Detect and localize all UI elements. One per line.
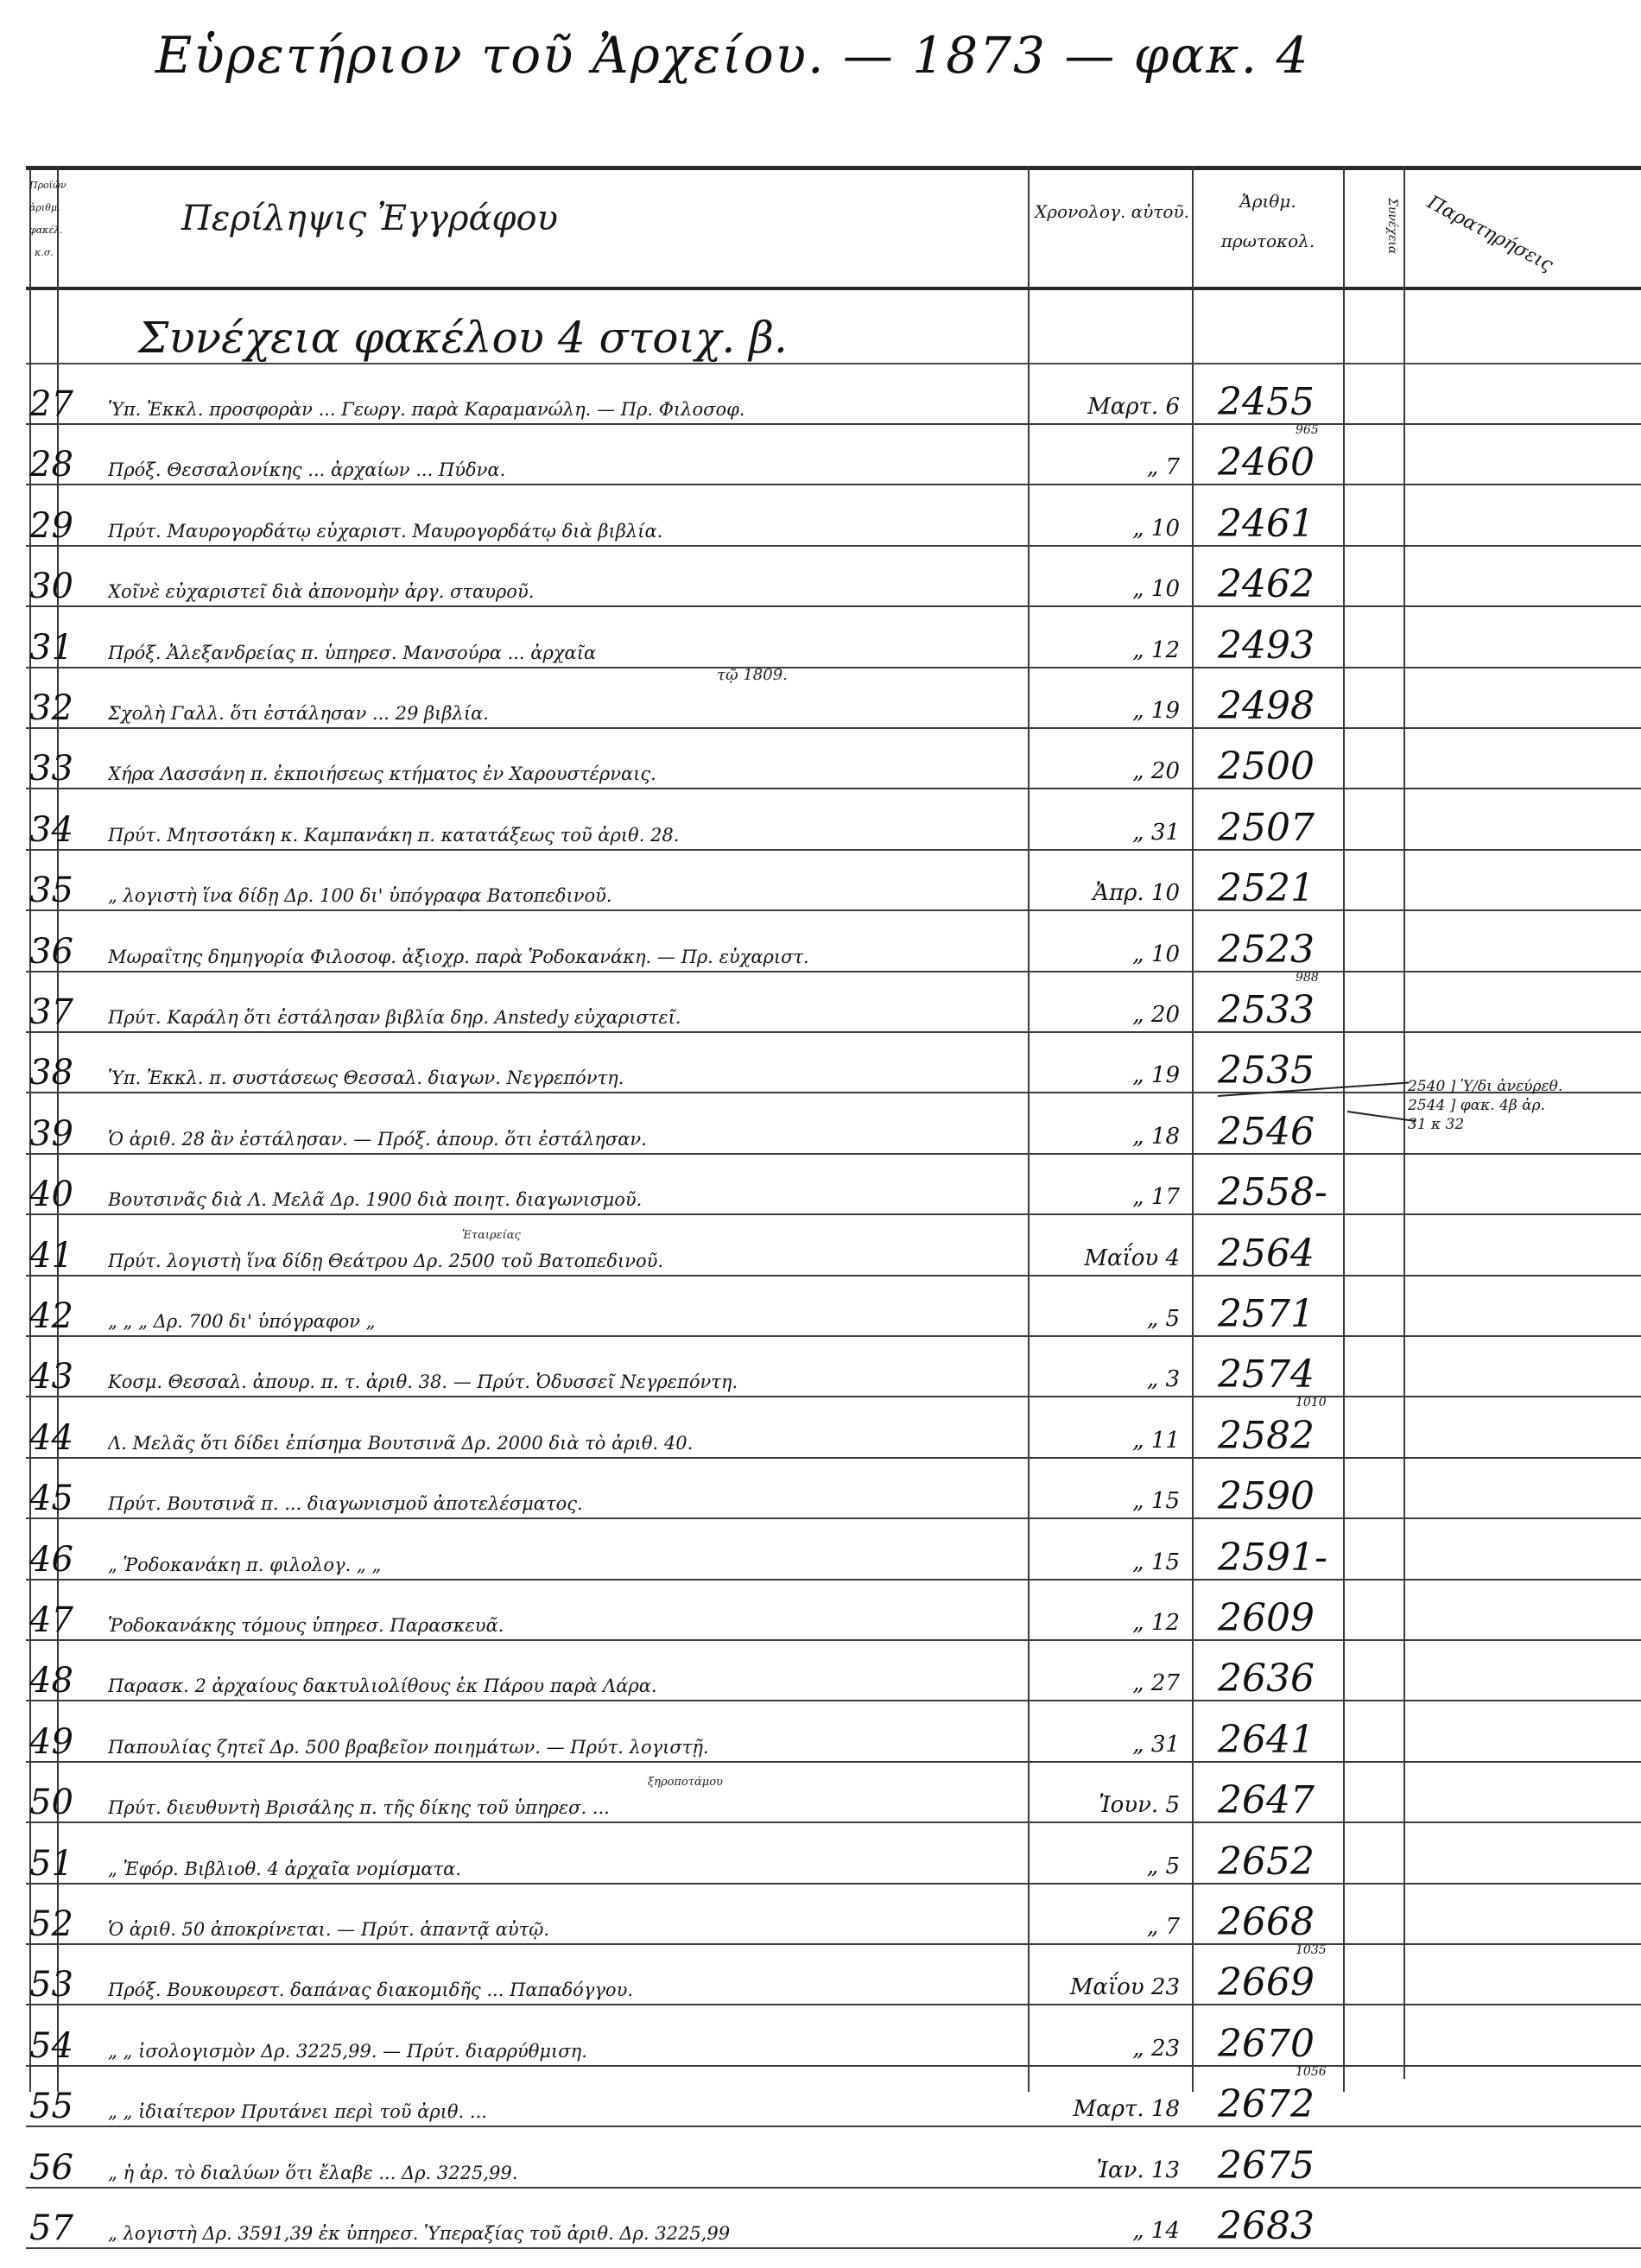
entry-summary: Παπουλίας ζητεῖ Δρ. 500 βραβεῖον ποιημάτ… bbox=[108, 1737, 1023, 1758]
table-row: 44Λ. Μελᾶς ὅτι δίδει ἐπίσημα Βουτσινᾶ Δρ… bbox=[26, 1398, 1641, 1459]
entry-date: „ 7 bbox=[1035, 1914, 1190, 1940]
entry-date: „ 31 bbox=[1035, 820, 1190, 846]
entry-summary: Παρασκ. 2 ἀρχαίους δακτυλιολίθους ἐκ Πάρ… bbox=[108, 1676, 1023, 1696]
protocol-number: 2546 bbox=[1218, 1113, 1343, 1151]
margin-note: 2540 ] Ὑ/δι ἀνεύρεθ. 2544 ] φακ. 4β ἀρ. … bbox=[1408, 1077, 1641, 1134]
entry-summary: Ὑπ. Ἐκκλ. προσφορὰν ... Γεωργ. παρὰ Καρα… bbox=[108, 399, 1023, 420]
entry-number: 51 bbox=[29, 1847, 81, 1881]
entry-number: 35 bbox=[29, 873, 81, 908]
table-row: 35„ λογιστὴ ἵνα δίδῃ Δρ. 100 δι' ὑπόγραφ… bbox=[26, 851, 1641, 911]
entry-summary: Ῥοδοκανάκης τόμους ὑπηρεσ. Παρασκευᾶ. bbox=[108, 1615, 1023, 1636]
top-rule bbox=[26, 166, 1641, 170]
entry-number: 54 bbox=[29, 2029, 81, 2063]
entry-number: 39 bbox=[29, 1117, 81, 1151]
entry-number: 40 bbox=[29, 1177, 81, 1212]
entry-summary: Χήρα Λασσάνη π. ἐκποιήσεως κτήματος ἐν Χ… bbox=[108, 763, 1023, 784]
table-row: 27Ὑπ. Ἐκκλ. προσφορὰν ... Γεωργ. παρὰ Κα… bbox=[26, 364, 1641, 425]
table-row: 50Πρύτ. διευθυντὴ Βρισάλης π. τῆς δίκης … bbox=[26, 1763, 1641, 1823]
entry-number: 44 bbox=[29, 1421, 81, 1455]
entry-date: „ 10 bbox=[1035, 516, 1190, 542]
table-row: 56„ ἡ ἀρ. τὸ διαλύων ὅτι ἔλαβε ... Δρ. 3… bbox=[26, 2128, 1641, 2189]
entry-date: „ 23 bbox=[1035, 2036, 1190, 2062]
table-row: 42„ „ „ Δρ. 700 δι' ὑπόγραφον „„ 52571 bbox=[26, 1277, 1641, 1337]
entry-summary: Πρόξ. Ἀλεξανδρείας π. ὑπηρεσ. Μανσούρα .… bbox=[108, 643, 1023, 663]
entry-summary: Ὁ ἀριθ. 50 ἀποκρίνεται. — Πρύτ. ἀπαντᾷ α… bbox=[108, 1919, 1023, 1940]
table-row: 57„ λογιστὴ Δρ. 3591,39 ἐκ ὑπηρεσ. Ὑπερα… bbox=[26, 2189, 1641, 2249]
entry-number: 49 bbox=[29, 1725, 81, 1759]
table-row: 39Ὁ ἀριθ. 28 ἂν ἐστάλησαν. — Πρόξ. ἀπουρ… bbox=[26, 1094, 1641, 1155]
entry-number: 33 bbox=[29, 751, 81, 786]
entry-number: 32 bbox=[29, 691, 81, 725]
entry-number: 52 bbox=[29, 1907, 81, 1942]
table-row: 33Χήρα Λασσάνη π. ἐκποιήσεως κτήματος ἐν… bbox=[26, 729, 1641, 789]
protocol-number: 2500 bbox=[1218, 748, 1343, 786]
entry-number: 41 bbox=[29, 1239, 81, 1273]
entry-number: 43 bbox=[29, 1359, 81, 1394]
table-row: 28Πρόξ. Θεσσαλονίκης ... ἀρχαίων ... Πύδ… bbox=[26, 425, 1641, 485]
protocol-number: 2571 bbox=[1218, 1296, 1343, 1334]
entry-summary: „ ἡ ἀρ. τὸ διαλύων ὅτι ἔλαβε ... Δρ. 322… bbox=[108, 2163, 1023, 2183]
entry-date: „ 15 bbox=[1035, 1549, 1190, 1575]
entry-date: Μαρτ. 18 bbox=[1035, 2096, 1190, 2122]
protocol-number: 2574 bbox=[1218, 1356, 1343, 1394]
entry-date: „ 19 bbox=[1035, 1062, 1190, 1088]
entry-date: „ 31 bbox=[1035, 1732, 1190, 1758]
entry-summary: „ Ἐφόρ. Βιβλιοθ. 4 ἀρχαῖα νομίσματα. bbox=[108, 1859, 1023, 1879]
protocol-number: 2462 bbox=[1218, 566, 1343, 604]
entry-number: 27 bbox=[29, 387, 81, 421]
entry-summary: Πρύτ. διευθυντὴ Βρισάλης π. τῆς δίκης το… bbox=[108, 1797, 1023, 1818]
protocol-number: 2455 bbox=[1218, 383, 1343, 421]
entry-date: „ 14 bbox=[1035, 2218, 1190, 2244]
column-header-summary: Περίληψις Ἐγγράφου bbox=[181, 199, 558, 238]
column-header-number: Προϊὼν ἀριθμ. φακέλ. κ.σ. bbox=[29, 174, 59, 264]
table-row: 36Μωραΐτης δημηγορία Φιλοσοφ. ἀξιοχρ. πα… bbox=[26, 912, 1641, 972]
entry-date: Ἀπρ. 10 bbox=[1035, 880, 1190, 906]
table-row: 43Κοσμ. Θεσσαλ. ἀπουρ. π. τ. ἀριθ. 38. —… bbox=[26, 1337, 1641, 1397]
entry-date: „ 15 bbox=[1035, 1488, 1190, 1514]
entry-summary: Χοῖνὲ εὐχαριστεῖ διὰ ἀπονομὴν ἀργ. σταυρ… bbox=[108, 581, 1023, 602]
protocol-number: 2590 bbox=[1218, 1478, 1343, 1516]
table-row: 37Πρύτ. Καράλη ὅτι ἐστάλησαν βιβλία δηρ.… bbox=[26, 972, 1641, 1033]
entry-summary: Λ. Μελᾶς ὅτι δίδει ἐπίσημα Βουτσινᾶ Δρ. … bbox=[108, 1433, 1023, 1454]
entry-summary: Πρύτ. λογιστὴ ἵνα δίδῃ Θεάτρου Δρ. 2500 … bbox=[108, 1251, 1023, 1271]
entry-summary: Σχολὴ Γαλλ. ὅτι ἐστάλησαν ... 29 βιβλία. bbox=[108, 703, 1023, 724]
margin-note-line: 2544 ] φακ. 4β ἀρ. bbox=[1408, 1096, 1641, 1115]
entry-summary: Πρύτ. Μαυρογορδάτῳ εὐχαριστ. Μαυρογορδάτ… bbox=[108, 521, 1023, 542]
table-row: 49Παπουλίας ζητεῖ Δρ. 500 βραβεῖον ποιημ… bbox=[26, 1702, 1641, 1763]
margin-note-line: 31 κ 32 bbox=[1408, 1115, 1641, 1134]
table-row: 54„ „ ἰσολογισμὸν Δρ. 3225,99. — Πρύτ. δ… bbox=[26, 2006, 1641, 2067]
entry-summary: Πρόξ. Βουκουρεστ. δαπάνας διακομιδῆς ...… bbox=[108, 1980, 1023, 2000]
entry-number: 57 bbox=[29, 2211, 81, 2246]
protocol-number: 2669 bbox=[1218, 1964, 1343, 2002]
entry-number: 28 bbox=[29, 447, 81, 482]
entry-number: 42 bbox=[29, 1299, 81, 1334]
entry-summary: Πρύτ. Μητσοτάκη κ. Καμπανάκη π. κατατάξε… bbox=[108, 825, 1023, 846]
entry-summary: „ λογιστὴ ἵνα δίδῃ Δρ. 100 δι' ὑπόγραφα … bbox=[108, 885, 1023, 906]
protocol-number: 2558- bbox=[1218, 1174, 1343, 1212]
interlinear-note: Ἑταιρείας bbox=[462, 1229, 521, 1242]
table-row: 45Πρύτ. Βουτσινᾶ π. ... διαγωνισμοῦ ἀποτ… bbox=[26, 1459, 1641, 1519]
entry-number: 56 bbox=[29, 2151, 81, 2185]
entry-number: 31 bbox=[29, 630, 81, 665]
entry-number: 34 bbox=[29, 813, 81, 847]
entry-number: 29 bbox=[29, 509, 81, 543]
entry-date: „ 5 bbox=[1035, 1853, 1190, 1879]
entry-date: Μαΐου 23 bbox=[1035, 1974, 1190, 2000]
protocol-number: 2591- bbox=[1218, 1539, 1343, 1577]
entry-summary: Πρύτ. Βουτσινᾶ π. ... διαγωνισμοῦ ἀποτελ… bbox=[108, 1493, 1023, 1514]
entry-date: „ 20 bbox=[1035, 1002, 1190, 1028]
protocol-number: 2507 bbox=[1218, 809, 1343, 847]
entry-date: Ἰαν. 13 bbox=[1035, 2157, 1190, 2183]
protocol-number: 2672 bbox=[1218, 2086, 1343, 2124]
entry-number: 48 bbox=[29, 1663, 81, 1698]
column-header-continuation: Συνέχεια bbox=[1347, 174, 1399, 278]
protocol-number: 2582 bbox=[1218, 1417, 1343, 1455]
ledger-table: Προϊὼν ἀριθμ. φακέλ. κ.σ. Περίληψις Ἐγγρ… bbox=[26, 166, 1641, 2100]
entry-date: „ 17 bbox=[1035, 1184, 1190, 1210]
entry-number: 46 bbox=[29, 1543, 81, 1577]
table-row: 53Πρόξ. Βουκουρεστ. δαπάνας διακομιδῆς .… bbox=[26, 1945, 1641, 2005]
entry-date: „ 10 bbox=[1035, 576, 1190, 602]
entry-summary: „ λογιστὴ Δρ. 3591,39 ἐκ ὑπηρεσ. Ὑπεραξί… bbox=[108, 2223, 1023, 2244]
table-row: 52Ὁ ἀριθ. 50 ἀποκρίνεται. — Πρύτ. ἀπαντᾷ… bbox=[26, 1885, 1641, 1945]
protocol-number: 2668 bbox=[1218, 1904, 1343, 1942]
protocol-number: 2535 bbox=[1218, 1052, 1343, 1090]
entry-summary: „ Ῥοδοκανάκη π. φιλολογ. „ „ bbox=[108, 1555, 1023, 1575]
table-row: 29Πρύτ. Μαυρογορδάτῳ εὐχαριστ. Μαυρογορδ… bbox=[26, 486, 1641, 547]
entry-date: „ 10 bbox=[1035, 941, 1190, 967]
protocol-number: 2675 bbox=[1218, 2147, 1343, 2185]
table-row: 31Πρόξ. Ἀλεξανδρείας π. ὑπηρεσ. Μανσούρα… bbox=[26, 608, 1641, 668]
entry-summary: Ὑπ. Ἐκκλ. π. συστάσεως Θεσσαλ. διαγων. Ν… bbox=[108, 1067, 1023, 1088]
entry-number: 38 bbox=[29, 1055, 81, 1090]
entry-summary: Μωραΐτης δημηγορία Φιλοσοφ. ἀξιοχρ. παρὰ… bbox=[108, 947, 1023, 967]
entry-date: „ 5 bbox=[1035, 1306, 1190, 1332]
entry-summary: „ „ ἰσολογισμὸν Δρ. 3225,99. — Πρύτ. δια… bbox=[108, 2041, 1023, 2062]
protocol-number: 2683 bbox=[1218, 2208, 1343, 2246]
entry-date: „ 12 bbox=[1035, 637, 1190, 663]
section-heading: Συνέχεια φακέλου 4 στοιχ. β. bbox=[138, 313, 788, 363]
protocol-number: 2670 bbox=[1218, 2025, 1343, 2063]
column-header-date: Χρονολογ. αὐτοῦ. bbox=[1032, 192, 1192, 231]
entry-date: „ 19 bbox=[1035, 698, 1190, 724]
table-row: 32Σχολὴ Γαλλ. ὅτι ἐστάλησαν ... 29 βιβλί… bbox=[26, 668, 1641, 729]
table-row: 47Ῥοδοκανάκης τόμους ὑπηρεσ. Παρασκευᾶ.„… bbox=[26, 1581, 1641, 1641]
protocol-number: 2636 bbox=[1218, 1660, 1343, 1698]
table-row: 55„ „ ἰδιαίτερον Πρυτάνει περὶ τοῦ ἀριθ.… bbox=[26, 2067, 1641, 2127]
entry-date: Μαΐου 4 bbox=[1035, 1245, 1190, 1271]
protocol-number: 2521 bbox=[1218, 870, 1343, 908]
entry-date: „ 20 bbox=[1035, 758, 1190, 784]
entry-number: 50 bbox=[29, 1785, 81, 1820]
entry-date: „ 18 bbox=[1035, 1124, 1190, 1150]
entry-summary: Πρύτ. Καράλη ὅτι ἐστάλησαν βιβλία δηρ. A… bbox=[108, 1007, 1023, 1028]
interlinear-note: ξηροποτάμου bbox=[648, 1776, 723, 1789]
entry-number: 45 bbox=[29, 1481, 81, 1516]
entry-date: „ 11 bbox=[1035, 1428, 1190, 1454]
entry-summary: Βουτσινᾶς διὰ Λ. Μελᾶ Δρ. 1900 διὰ ποιητ… bbox=[108, 1189, 1023, 1210]
protocol-number: 2533 bbox=[1218, 991, 1343, 1029]
entry-number: 36 bbox=[29, 934, 81, 969]
table-row: 41Πρύτ. λογιστὴ ἵνα δίδῃ Θεάτρου Δρ. 250… bbox=[26, 1216, 1641, 1277]
entry-number: 30 bbox=[29, 569, 81, 604]
entry-date: „ 27 bbox=[1035, 1670, 1190, 1696]
protocol-number: 2564 bbox=[1218, 1235, 1343, 1273]
table-row: 46„ Ῥοδοκανάκη π. φιλολογ. „ „„ 152591- bbox=[26, 1520, 1641, 1581]
entry-date: „ 12 bbox=[1035, 1610, 1190, 1636]
header-rule bbox=[26, 287, 1641, 290]
entry-summary: Κοσμ. Θεσσαλ. ἀπουρ. π. τ. ἀριθ. 38. — Π… bbox=[108, 1372, 1023, 1392]
protocol-number: 2647 bbox=[1218, 1782, 1343, 1820]
table-row: 34Πρύτ. Μητσοτάκη κ. Καμπανάκη π. κατατά… bbox=[26, 790, 1641, 851]
entry-number: 37 bbox=[29, 995, 81, 1029]
column-header-remarks: Παρατηρήσεις bbox=[1423, 192, 1556, 276]
protocol-number: 2461 bbox=[1218, 505, 1343, 543]
entry-date: Ἰουν. 5 bbox=[1035, 1792, 1190, 1818]
table-row: 51„ Ἐφόρ. Βιβλιοθ. 4 ἀρχαῖα νομίσματα.„ … bbox=[26, 1824, 1641, 1885]
entry-summary: „ „ „ Δρ. 700 δι' ὑπόγραφον „ bbox=[108, 1311, 1023, 1332]
protocol-number: 2498 bbox=[1218, 687, 1343, 725]
entry-number: 53 bbox=[29, 1967, 81, 2002]
table-row: 48Παρασκ. 2 ἀρχαίους δακτυλιολίθους ἐκ Π… bbox=[26, 1641, 1641, 1701]
entry-summary: Ὁ ἀριθ. 28 ἂν ἐστάλησαν. — Πρόξ. ἀπουρ. … bbox=[108, 1129, 1023, 1150]
margin-note-line: 2540 ] Ὑ/δι ἀνεύρεθ. bbox=[1408, 1077, 1641, 1096]
protocol-number: 2609 bbox=[1218, 1600, 1343, 1638]
entry-number: 55 bbox=[29, 2089, 81, 2124]
protocol-number: 2652 bbox=[1218, 1843, 1343, 1881]
column-header-protocol: Ἀριθμ. πρωτοκολ. bbox=[1194, 181, 1342, 261]
page-title: Εὑρετήριον τοῦ Ἀρχείου. — 1873 — φακ. 4 bbox=[155, 26, 1309, 85]
table-row: 30Χοῖνὲ εὐχαριστεῖ διὰ ἀπονομὴν ἀργ. στα… bbox=[26, 547, 1641, 607]
protocol-number: 2641 bbox=[1218, 1721, 1343, 1759]
entry-date: „ 3 bbox=[1035, 1366, 1190, 1392]
entry-date: Μαρτ. 6 bbox=[1035, 394, 1190, 420]
table-row: 40Βουτσινᾶς διὰ Λ. Μελᾶ Δρ. 1900 διὰ ποι… bbox=[26, 1155, 1641, 1215]
protocol-number: 2523 bbox=[1218, 931, 1343, 969]
protocol-number: 2460 bbox=[1218, 444, 1343, 482]
table-row: 38Ὑπ. Ἐκκλ. π. συστάσεως Θεσσαλ. διαγων.… bbox=[26, 1033, 1641, 1093]
entry-date: „ 7 bbox=[1035, 454, 1190, 480]
entry-summary: Πρόξ. Θεσσαλονίκης ... ἀρχαίων ... Πύδνα… bbox=[108, 459, 1023, 480]
row-rule bbox=[26, 2247, 1641, 2249]
entry-number: 47 bbox=[29, 1603, 81, 1638]
protocol-number: 2493 bbox=[1218, 627, 1343, 665]
entry-summary: „ „ ἰδιαίτερον Πρυτάνει περὶ τοῦ ἀριθ. .… bbox=[108, 2101, 1023, 2122]
